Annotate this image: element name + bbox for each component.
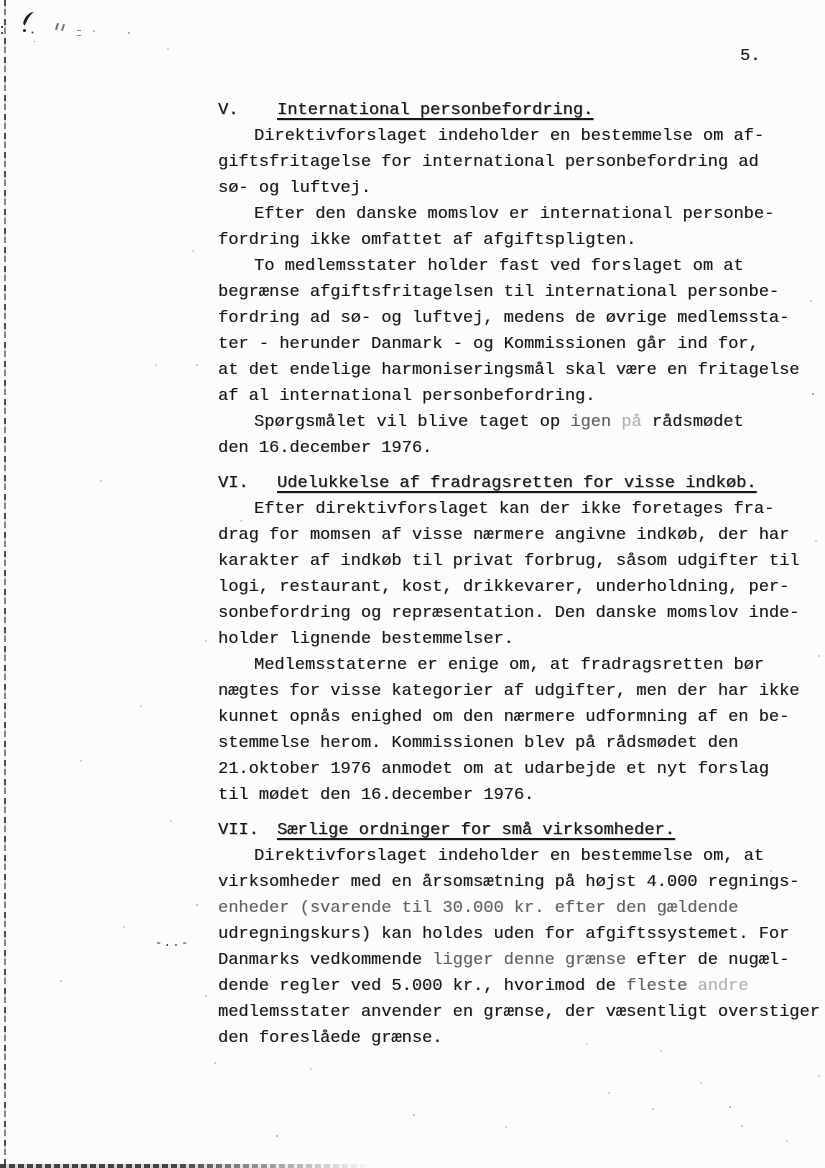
section-number: V.: [218, 98, 277, 124]
page-number: 5.: [740, 44, 760, 70]
text-segment: medlemsstater anvender en grænse, der væ…: [218, 1003, 820, 1022]
text-line: den 16.december 1976.: [218, 436, 825, 462]
text-segment: enheder (svarende til 30.000 kr. efter d…: [218, 899, 738, 918]
text-line: sø- og luftvej.: [218, 176, 825, 202]
text-segment: ligger denne grænse: [432, 951, 626, 970]
paragraph: Spørgsmålet vil blive taget op igen på r…: [218, 410, 825, 462]
text-line: 21.oktober 1976 anmodet om at udarbejde …: [218, 757, 825, 783]
text-line: Efter direktivforslaget kan der ikke for…: [218, 497, 825, 523]
text-segment: Medlemsstaterne er enige om, at fradrags…: [254, 656, 764, 675]
text-segment: virksomheder med en årsomsætning på højs…: [218, 873, 800, 892]
text-segment: sø- og luftvej.: [218, 179, 371, 198]
text-line: den foreslåede grænse.: [218, 1026, 825, 1052]
section-heading: VI.Udelukkelse af fradragsretten for vis…: [218, 471, 825, 497]
scan-edge-artifact-bottom: [0, 1164, 380, 1168]
text-segment: stemmelse herom. Kommissionen blev på rå…: [218, 734, 738, 753]
text-line: Danmarks vedkommende ligger denne grænse…: [218, 948, 825, 974]
paragraph: Medlemsstaterne er enige om, at fradrags…: [218, 653, 825, 809]
text-line: drag for momsen af visse nærmere angivne…: [218, 523, 825, 549]
text-line: logi, restaurant, kost, drikkevarer, und…: [218, 575, 825, 601]
section-heading: V.International personbefordring.: [218, 98, 825, 124]
text-line: Direktivforslaget indeholder en bestemme…: [218, 844, 825, 870]
text-segment: fleste: [626, 977, 697, 996]
text-segment: andre: [698, 977, 749, 996]
text-segment: den 16.december 1976.: [218, 439, 432, 458]
text-segment: udregningskurs) kan holdes uden for afgi…: [218, 925, 789, 944]
section-title: Særlige ordninger for små virksomheder.: [277, 818, 675, 844]
text-line: at det endelige harmoniseringsmål skal v…: [218, 358, 825, 384]
text-segment: sonbefordring og repræsentation. Den dan…: [218, 604, 800, 623]
paragraph: Efter direktivforslaget kan der ikke for…: [218, 497, 825, 653]
text-segment: den foreslåede grænse.: [218, 1029, 442, 1048]
text-segment: Danmarks vedkommende: [218, 951, 432, 970]
text-segment: af al international personbefordring.: [218, 387, 595, 406]
text-line: dende regler ved 5.000 kr., hvorimod de …: [218, 974, 825, 1000]
paragraph: To medlemsstater holder fast ved forslag…: [218, 254, 825, 410]
text-line: virksomheder med en årsomsætning på højs…: [218, 870, 825, 896]
text-line: af al international personbefordring.: [218, 384, 825, 410]
text-line: Efter den danske momslov er internationa…: [218, 202, 825, 228]
text-segment: fordring ad sø- og luftvej, medens de øv…: [218, 309, 789, 328]
section-heading: VII.Særlige ordninger for små virksomhed…: [218, 818, 825, 844]
text-segment: nægtes for visse kategorier af udgifter,…: [218, 682, 800, 701]
text-line: medlemsstater anvender en grænse, der væ…: [218, 1000, 825, 1026]
text-segment: efter de nugæl-: [626, 951, 789, 970]
pen-mark: [23, 29, 26, 32]
text-segment: karakter af indkøb til privat forbrug, s…: [218, 552, 800, 571]
text-line: ter - herunder Danmark - og Kommissionen…: [218, 332, 825, 358]
text-segment: drag for momsen af visse nærmere angivne…: [218, 526, 789, 545]
text-segment: dende regler ved 5.000 kr., hvorimod de: [218, 977, 626, 996]
text-line: Medlemsstaterne er enige om, at fradrags…: [218, 653, 825, 679]
text-segment: ter - herunder Danmark - og Kommissionen…: [218, 335, 759, 354]
text-segment: Efter direktivforslaget kan der ikke for…: [254, 500, 774, 519]
pen-mark: [77, 30, 81, 36]
text-segment: logi, restaurant, kost, drikkevarer, und…: [218, 578, 789, 597]
text-line: holder lignende bestemmelser.: [218, 627, 825, 653]
text-segment: til mødet den 16.december 1976.: [218, 786, 534, 805]
scan-edge-dots: [1, 26, 3, 28]
text-segment: Direktivforslaget indeholder en bestemme…: [254, 127, 764, 146]
text-line: sonbefordring og repræsentation. Den dan…: [218, 601, 825, 627]
document-section: VI.Udelukkelse af fradragsretten for vis…: [218, 471, 825, 809]
text-line: stemmelse herom. Kommissionen blev på rå…: [218, 731, 825, 757]
section-number: VI.: [218, 471, 277, 497]
section-number: VII.: [218, 818, 277, 844]
scan-edge-artifact-left: [4, 0, 6, 1168]
text-segment: giftsfritagelse for international person…: [218, 153, 759, 172]
text-line: Spørgsmålet vil blive taget op igen på r…: [218, 410, 825, 436]
paragraph: Direktivforslaget indeholder en bestemme…: [218, 124, 825, 202]
text-line: giftsfritagelse for international person…: [218, 150, 825, 176]
section-title: Udelukkelse af fradragsretten for visse …: [277, 471, 756, 497]
text-line: Direktivforslaget indeholder en bestemme…: [218, 124, 825, 150]
scanned-document-page: 5. -..- V.International personbefordring…: [0, 0, 825, 1168]
text-segment: at det endelige harmoniseringsmål skal v…: [218, 361, 800, 380]
text-segment: på: [621, 413, 641, 432]
text-line: karakter af indkøb til privat forbrug, s…: [218, 549, 825, 575]
pen-mark: [55, 23, 59, 30]
text-line: kunnet opnås enighed om den nærmere udfo…: [218, 705, 825, 731]
text-segment: rådsmødet: [642, 413, 744, 432]
document-section: VII.Særlige ordninger for små virksomhed…: [218, 818, 825, 1052]
text-line: nægtes for visse kategorier af udgifter,…: [218, 679, 825, 705]
text-segment: Efter den danske momslov er internationa…: [254, 205, 774, 224]
section-title: International personbefordring.: [277, 98, 593, 124]
text-segment: kunnet opnås enighed om den nærmere udfo…: [218, 708, 789, 727]
text-segment: To medlemsstater holder fast ved forslag…: [254, 257, 744, 276]
paragraph: Efter den danske momslov er internationa…: [218, 202, 825, 254]
paragraph: Direktivforslaget indeholder en bestemme…: [218, 844, 825, 1052]
text-segment: holder lignende bestemmelser.: [218, 630, 514, 649]
text-line: begrænse afgiftsfritagelsen til internat…: [218, 280, 825, 306]
text-line: To medlemsstater holder fast ved forslag…: [218, 254, 825, 280]
text-line: udregningskurs) kan holdes uden for afgi…: [218, 922, 825, 948]
margin-dash-mark: -..-: [155, 936, 190, 950]
text-line: fordring ikke omfattet af afgiftspligten…: [218, 228, 825, 254]
text-line: enheder (svarende til 30.000 kr. efter d…: [218, 896, 825, 922]
text-segment: Spørgsmålet vil blive taget op: [254, 413, 570, 432]
text-segment: begrænse afgiftsfritagelsen til internat…: [218, 283, 779, 302]
text-segment: fordring ikke omfattet af afgiftspligten…: [218, 231, 636, 250]
text-segment: 21.oktober 1976 anmodet om at udarbejde …: [218, 760, 769, 779]
text-segment: Direktivforslaget indeholder en bestemme…: [254, 847, 764, 866]
document-section: V.International personbefordring.Direkti…: [218, 98, 825, 462]
text-segment: igen: [570, 413, 621, 432]
pen-mark: [22, 10, 37, 28]
document-body: V.International personbefordring.Direkti…: [218, 98, 825, 1052]
text-line: fordring ad sø- og luftvej, medens de øv…: [218, 306, 825, 332]
scan-noise-speckles: [93, 30, 95, 32]
text-line: til mødet den 16.december 1976.: [218, 783, 825, 809]
